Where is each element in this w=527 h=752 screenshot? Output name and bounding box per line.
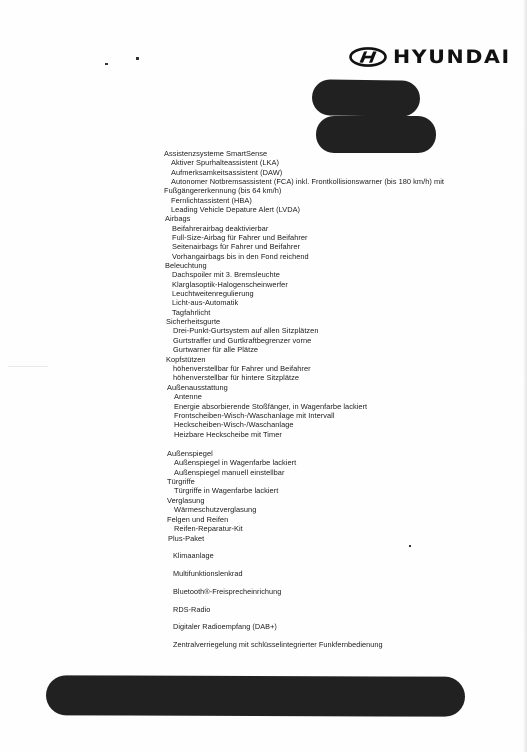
list-item: Außenspiegel in Wagenfarbe lackiert xyxy=(174,458,296,467)
plus-package-item: Digitaler Radioempfang (DAB+) xyxy=(173,622,277,631)
list-item: Beifahrerairbag deaktivierbar xyxy=(172,224,268,233)
list-item: Leading Vehicle Depature Alert (LVDA) xyxy=(171,205,300,214)
section-title: Außenspiegel xyxy=(167,449,213,458)
plus-package-item: RDS-Radio xyxy=(173,605,210,614)
section-title: Felgen und Reifen xyxy=(167,515,228,524)
list-item: Antenne xyxy=(174,392,202,401)
list-item: Energie absorbierende Stoßfänger, in Wag… xyxy=(174,402,367,411)
list-item: Aufmerksamkeitsassistent (DAW) xyxy=(171,168,282,177)
section-title: Assistenzsysteme SmartSense xyxy=(164,149,267,158)
section-title: Beleuchtung xyxy=(165,261,207,270)
section-title: Sicherheitsgurte xyxy=(166,317,220,326)
list-item: Türgriffe in Wagenfarbe lackiert xyxy=(174,486,278,495)
list-item: Tagfahrlicht xyxy=(172,308,210,317)
list-item: Heizbare Heckscheibe mit Timer xyxy=(174,430,282,439)
list-item: Fernlichtassistent (HBA) xyxy=(171,196,252,205)
section-title: Airbags xyxy=(165,214,190,223)
list-item: Gurtstraffer und Gurtkraftbegrenzer vorn… xyxy=(173,336,311,345)
list-item: Drei-Punkt-Gurtsystem auf allen Sitzplät… xyxy=(173,326,319,335)
list-item: Klarglasoptik-Halogenscheinwerfer xyxy=(172,280,288,289)
list-item: höhenverstellbar für hintere Sitzplätze xyxy=(173,373,299,382)
list-item: Außenspiegel manuell einstellbar xyxy=(174,468,284,477)
list-item: Gurtwarner für alle Plätze xyxy=(173,345,258,354)
list-item: Frontscheiben-Wisch-/Waschanlage mit Int… xyxy=(174,411,335,420)
section-title-plus-package: Plus-Paket xyxy=(168,534,204,543)
plus-package-item: Zentralverriegelung mit schlüsselintegri… xyxy=(173,640,383,649)
section-title: Verglasung xyxy=(167,496,204,505)
section-title: Türgriffe xyxy=(167,477,195,486)
list-item: Heckscheiben-Wisch-/Waschanlage xyxy=(174,420,294,429)
list-item: Autonomer Notbremsassistent (FCA) inkl. … xyxy=(171,177,444,186)
list-item: Dachspoiler mit 3. Bremsleuchte xyxy=(172,270,280,279)
equipment-list: Assistenzsysteme SmartSense Aktiver Spur… xyxy=(0,0,527,752)
scanned-document-page: HYUNDAI Assistenzsysteme SmartSense Akti… xyxy=(0,0,527,752)
list-item: Vorhangairbags bis in den Fond reichend xyxy=(172,252,309,261)
list-item: Full-Size-Airbag für Fahrer und Beifahre… xyxy=(172,233,308,242)
plus-package-item: Bluetooth®-Freisprecheinrichung xyxy=(173,587,281,596)
plus-package-item: Klimaanlage xyxy=(173,551,214,560)
list-item: höhenverstellbar für Fahrer und Beifahre… xyxy=(173,364,311,373)
list-item: Licht-aus-Automatik xyxy=(172,298,238,307)
list-item: Leuchtweitenregulierung xyxy=(172,289,254,298)
list-item: Reifen-Reparatur-Kit xyxy=(174,524,243,533)
list-item: Seitenairbags für Fahrer und Beifahrer xyxy=(172,242,300,251)
section-title: Außenausstattung xyxy=(167,383,228,392)
plus-package-item: Multifunktionslenkrad xyxy=(173,569,243,578)
list-item: Wärmeschutzverglasung xyxy=(174,505,256,514)
section-title: Kopfstützen xyxy=(166,355,206,364)
list-item: Aktiver Spurhalteassistent (LKA) xyxy=(171,158,279,167)
list-item-continuation: Fußgängererkennung (bis 64 km/h) xyxy=(164,186,281,195)
